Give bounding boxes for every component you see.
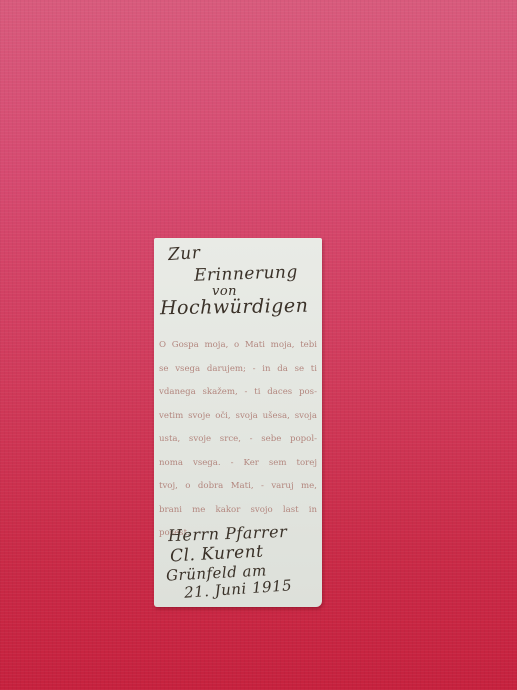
prayer-line: usta, svoje srce, - sebe popol- [159, 428, 317, 452]
prayer-line: se vsega darujem; - in da se ti [159, 358, 317, 382]
prayer-line: O Gospa moja, o Mati moja, tebi [159, 334, 317, 358]
printed-prayer: O Gospa moja, o Mati moja, tebi se vsega… [159, 334, 317, 546]
prayer-line: tvoj, o dobra Mati, - varuj me, [159, 475, 317, 499]
handwritten-header-line: Hochwürdigen [160, 295, 309, 320]
prayer-line: brani me kakor svojo last in [159, 499, 317, 523]
prayer-line: noma vsega. - Ker sem torej [159, 452, 317, 476]
prayer-line: vdanega skažem, - ti daces pos- [159, 381, 317, 405]
devotional-card: Zur Erinnerung von Hochwürdigen O Gospa … [154, 238, 322, 607]
handwritten-header-line: Zur [167, 243, 201, 265]
prayer-line: vetim svoje oči, svoja ušesa, svoja [159, 405, 317, 429]
handwritten-header-line: Erinnerung [194, 262, 298, 286]
